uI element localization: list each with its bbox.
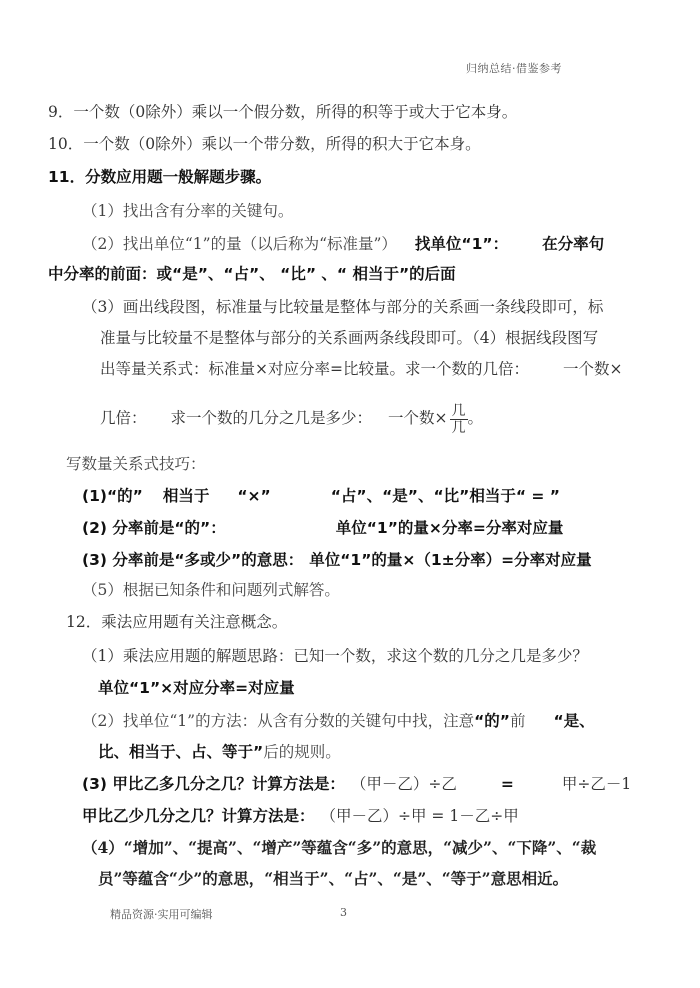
item-12: 12．乘法应用题有关注意概念。 [66, 612, 287, 632]
step-3-line-3: 出等量关系式：标准量×对应分率=比较量。求一个数的几倍：一个数× [100, 359, 622, 379]
tip-1-times: “×” [237, 487, 270, 505]
mult-2-list: 比、相当于、占、等于” [98, 743, 263, 761]
tips-title: 写数量关系式技巧： [66, 454, 206, 474]
tip-3: (3) 分率前是“多或少”的意思：单位“1”的量×（1±分率）=分率对应量 [82, 550, 592, 570]
mult-3-a: (3) 甲比乙多几分之几？计算方法是： [82, 775, 345, 793]
step-2-cont: 中分率的前面：或“是”、“占”、 “比” 、“ 相当于”的后面 [48, 264, 456, 284]
mult-2-cont: 比、相当于、占、等于”后的规则。 [98, 742, 341, 762]
tip-1-equiv: 相当于 [163, 487, 210, 505]
mult-1: （1）乘法应用题的解题思路：已知一个数，求这个数的几分之几是多少？ [82, 646, 588, 666]
mult-3-l2-b: （甲－乙）÷甲 = 1－乙÷甲 [321, 807, 519, 825]
item-11: 11．分数应用题一般解题步骤。 [48, 167, 271, 187]
item-10: 10．一个数（0除外）乘以一个带分数，所得的积大于它本身。 [48, 134, 481, 154]
step-3-times-2: 一个数× [388, 409, 448, 427]
item-9: 9．一个数（0除外）乘以一个假分数，所得的积等于或大于它本身。 [48, 102, 517, 122]
step-2-text: （2）找出单位“1”的量（以后称为“标准量”） [82, 235, 397, 253]
mult-3-eq: = [501, 775, 514, 793]
mult-3-l2-a: 甲比乙少几分之几？计算方法是： [82, 807, 315, 825]
mult-2-c: 前 [510, 712, 526, 730]
tip-1: (1)“的”相当于“×”“占”、“是”、“比”相当于“ = ” [82, 486, 560, 506]
step-3-times: 一个数× [563, 360, 623, 378]
mult-3-d: 甲÷乙－1 [562, 775, 631, 793]
step-3-fraction-question: 求一个数的几分之几是多少： [171, 409, 373, 427]
mult-3-cont: 甲比乙少几分之几？计算方法是：（甲－乙）÷甲 = 1－乙÷甲 [82, 806, 519, 826]
step-3-line-2: 准量与比较量不是整体与部分的关系画两条线段即可。（4）根据线段图写 [100, 328, 598, 348]
step-2: （2）找出单位“1”的量（以后称为“标准量”）找单位“1”：在分率句 [82, 234, 604, 254]
page-header: 归纳总结·借鉴参考 [466, 60, 562, 76]
tip-3-a: (3) 分率前是“多或少”的意思： [82, 551, 303, 569]
page-number: 3 [340, 906, 347, 919]
tip-1-de: (1)“的” [82, 487, 143, 505]
item-11-suffix: 。 [256, 168, 272, 186]
tip-1-equals: “占”、“是”、“比”相当于“ = ” [331, 487, 560, 505]
step-2-find-unit: 找单位“1”： [415, 235, 508, 253]
page-footer: 精品资源·实用可编辑 [110, 906, 213, 922]
fraction: 几几 [450, 403, 468, 436]
tip-2-a: (2) 分率前是“的”： [82, 519, 226, 537]
tip-3-b: 单位“1”的量×（1±分率）=分率对应量 [309, 551, 591, 569]
step-3-multiple: 几倍： [100, 409, 147, 427]
mult-1-formula: 单位“1”×对应分率=对应量 [98, 678, 295, 698]
item-11-prefix: 11．分数应用题一般 [48, 168, 194, 186]
step-3-line-4: 几倍：求一个数的几分之几是多少：一个数×几几。 [100, 398, 483, 438]
mult-3-b: （甲－乙）÷乙 [351, 775, 457, 793]
document-page: 归纳总结·借鉴参考 9．一个数（0除外）乘以一个假分数，所得的积等于或大于它本身… [0, 0, 700, 988]
mult-2-a: （2）找单位“1”的方法：从含有分数的关键句中找，注意 [82, 712, 474, 730]
mult-2-de: “的” [474, 712, 510, 730]
mult-2-d: “是、 [553, 712, 594, 730]
fraction-numerator: 几 [450, 403, 468, 420]
step-2-in-sentence: 在分率句 [542, 235, 604, 253]
item-11-bold: 解题步骤 [194, 168, 256, 186]
tip-5: （5）根据已知条件和问题列式解答。 [82, 580, 340, 600]
step-3-end: 。 [468, 409, 484, 427]
fraction-denominator: 几 [450, 420, 468, 436]
step-1: （1）找出含有分率的关键句。 [82, 201, 293, 221]
mult-4-line-2: 员”等蕴含“少”的意思，“相当于”、“占”、“是”、“等于”意思相近。 [98, 869, 568, 889]
step-3-equation: 出等量关系式：标准量×对应分率=比较量。求一个数的几倍： [100, 360, 529, 378]
mult-2: （2）找单位“1”的方法：从含有分数的关键句中找，注意“的”前“是、 [82, 711, 595, 731]
mult-3: (3) 甲比乙多几分之几？计算方法是：（甲－乙）÷乙=甲÷乙－1 [82, 774, 631, 794]
mult-4-line-1: （4）“增加”、“提高”、“增产”等蕴含“多”的意思，“减少”、“下降”、“裁 [82, 838, 596, 858]
mult-2-rule: 后的规则。 [263, 743, 341, 761]
tip-2-b: 单位“1”的量×分率=分率对应量 [336, 519, 564, 537]
tip-2: (2) 分率前是“的”：单位“1”的量×分率=分率对应量 [82, 518, 563, 538]
step-3-line-1: （3）画出线段图，标准量与比较量是整体与部分的关系画一条线段即可，标 [82, 297, 603, 317]
